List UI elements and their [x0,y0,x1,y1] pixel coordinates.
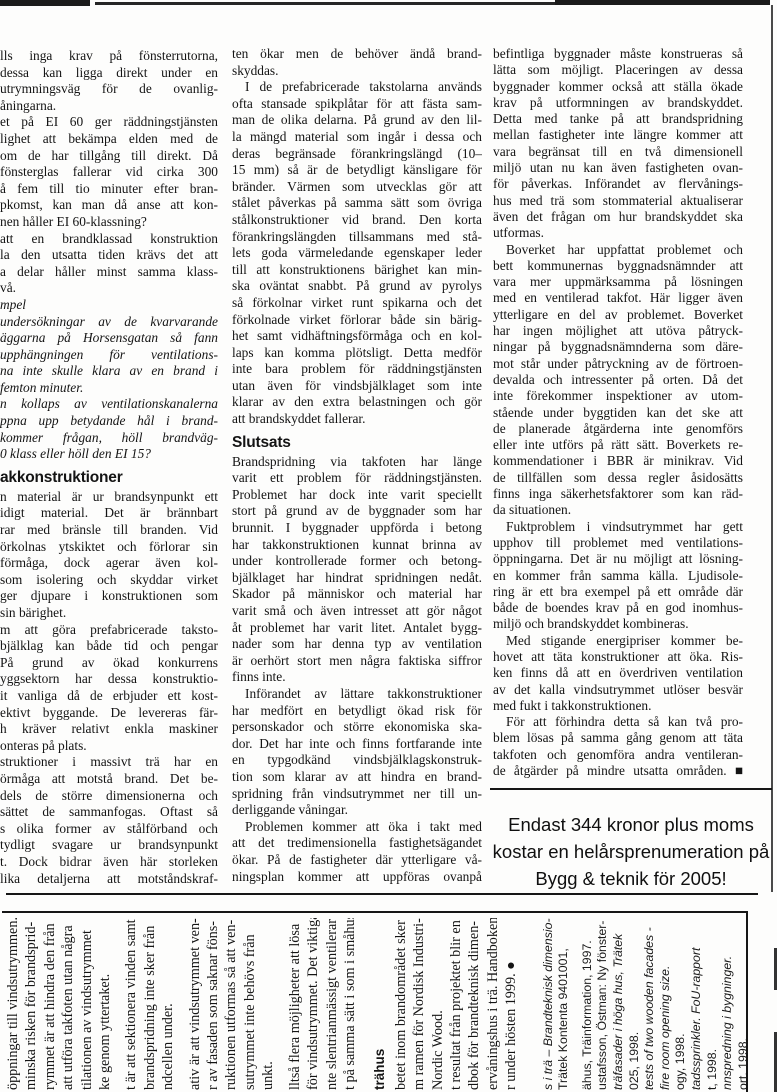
rotated-text-line: t är att sektionera vinden samt [122,918,140,1090]
scan-artifact-right-edge [771,5,773,892]
rotated-footer-section: öppningar till vindsutrymmen.minska risk… [4,918,746,1090]
text-line: mellan fastigheter inte längre kommer at… [493,127,743,143]
text-line: stålet påverkas på samma sätt som övriga [232,195,482,212]
text-line: en kommer från samma källa. Ljudisole- [493,568,743,584]
text-line: ektivt byggande. De levereras fär- [0,705,218,722]
text-line: hus med trä som stommaterial aktualisera… [493,193,743,209]
text-line: personskador och större ekonomiska ska- [232,719,482,736]
text-line: till att konstruktionens bärighet kan mi… [232,262,482,279]
text-line: dels de större dimensionerna och [0,788,218,805]
scanned-page: lls inga krav på fönsterrutorna,dessa ka… [0,0,777,1092]
text-line: förkolnade virket förlorar både sin bäri… [232,312,482,329]
rotated-text-line: för vindsutrymmet. Det viktiga [304,918,322,1090]
text-line: ökar. På de fastigheter där ytterligare … [232,852,482,869]
text-line: med en ventilerad takfot. Här ligger äve… [493,290,743,306]
text-line: ska oväntat snabbt. På grund av pyrolys [232,278,482,295]
text-line: att en brandklassad konstruktion [0,231,218,248]
rotated-reference-line: ort, 1998. [736,918,746,1090]
text-line: struktioner i massivt trä har en [0,754,218,771]
subscription-ad-line: Endast 344 kronor plus moms [490,811,772,838]
text-line: fönsterglas fallerar vid cirka 300 [0,164,218,181]
text-line: tion som klarar av att hindra en brand- [232,769,482,786]
rotated-text-line: brandspridning inte sker från [141,918,159,1090]
rotated-reference-line: träfasader i höga hus, Trätek [611,918,627,1090]
text-line: 15 mm) så är de betydligt känsligare för [232,162,482,179]
text-line: ofta stansade spikplåtar för att fästa s… [232,96,482,113]
text-line: mpel [0,297,218,314]
text-line: derliggande våningar. [232,802,482,819]
text-line: lighet att bekämpa elden med de [0,131,218,148]
text-line: nen håller EI 60-klassning? [0,214,218,231]
text-line: ring är ett bra exempel på ett område dä… [493,584,743,600]
text-line: brunnit. I byggnader uppförda i betong [232,520,482,537]
text-line: femton minuter. [0,380,218,397]
text-line: ningsplan kommer att uppföras ovanpå [232,869,482,886]
rotated-text-line: Nordic Wood. [429,918,447,1090]
rotated-reference-line: Trätek Kontenta 9401001, [556,918,572,1090]
rotated-section-top-rule [2,911,748,913]
text-line: de tillfällen som dessa regler åsidosätt… [493,470,743,486]
text-line: blem lösas på samma gång genom att täta [493,730,743,746]
rotated-text-line: öppningar till vindsutrymmen. [4,918,22,1090]
text-line: mot står under påtryckning av de förtroe… [493,356,743,372]
text-line: lätta som möjligt. Placeringen av dessa [493,62,743,78]
rotated-section-right-rule [746,911,748,1092]
text-line: it vanliga då de erbjuder ett kost- [0,688,218,705]
text-line: varit ett problem för räddningstjänsten. [232,470,482,487]
text-line: s olika former av stålförband och [0,821,218,838]
text-line: att brandskyddet fallerar. [232,411,482,428]
text-line: för påverkas. Införandet av flervånings- [493,176,743,192]
text-line: Fuktproblem i vindsutrymmet har gett [493,519,743,535]
text-line: et på EI 60 ger räddningstjänsten [0,114,218,131]
subscription-ad-box: Endast 344 kronor plus momskostar en hel… [490,788,772,892]
rotated-text-line: t resultat från projektet blir en [447,918,465,1090]
text-line: pkomst, kan man då anse att kon- [0,197,218,214]
rotated-text-line: minska risken för brandsprid- [22,918,40,1090]
rotated-text-line: r av fasaden som saknar föns- [204,918,222,1090]
text-line: spridning från vindsutrymmet ner till un… [232,786,482,803]
text-line: om de har tillgång till direkt. Då [0,148,218,165]
text-line: Boverket har uppfattat problemet och [493,242,743,258]
rotated-reference-line: tests of two wooden facades - [642,918,658,1090]
text-line: varit små och även intresset att gör någ… [232,603,482,620]
text-line: åningarna. [0,98,218,115]
rotated-text-line: lltså flera möjligheter att lösa [286,918,304,1090]
text-line: Skador på människor och material har [232,586,482,603]
text-line: upphov till problemet med ventilations- [493,535,743,551]
text-line: na inte skulle klara av en brand i [0,363,218,380]
text-line: utan även för vindsbjälklaget som inte [232,378,482,395]
rotated-text-line: unkt. [259,918,277,1090]
scan-artifact-top-right [555,0,770,5]
rotated-reference-line: ähus, Träinformation, 1997. [580,918,596,1090]
text-line: de planerade åtgärderna inte genomförs [493,421,743,437]
text-line: har ingen möjlighet att utöva påtryck- [493,323,743,339]
text-line: klarar av den extra belastningen och gör [232,394,482,411]
text-line: örmåga att motstå brand. Det be- [0,771,218,788]
text-line: vara mer uppmärksamma på lösningen [493,274,743,290]
text-line: befintliga byggnader måste konstrueras s… [493,46,743,62]
article-column-middle: ten ökar men de behöver ändå brand-skydd… [232,46,482,885]
text-line: upphängningen för ventilations- [0,347,218,364]
text-line: kommer frågan, höll brandväg- [0,430,218,447]
text-line: nader som har denna typ av ventilation [232,636,482,653]
text-line: finns inga säkerhetsfaktorer som kan räd… [493,486,743,502]
rotated-reference-line: ogy, 1998. [673,918,689,1090]
text-line: ger djupare i konstruktionen som [0,588,218,605]
text-line: å fem till tio minuter efter bran- [0,181,218,198]
text-line: en typgodkänd vindsbjälklagskonstruk- [232,752,482,769]
rotated-text-line: m ramen för Nordisk Industri- [410,918,428,1090]
text-line: både de boendes krav på en god inomhus- [493,600,743,616]
rotated-references: s i trä – Brandteknisk dimensio-Trätek K… [541,918,746,1090]
article-column-right: befintliga byggnader måste konstrueras s… [493,46,743,779]
text-line: Detta med tanke på att brandspridning [493,111,743,127]
text-line: ten ökar men de behöver ändå brand- [232,46,482,63]
text-line: så förkolnar virket runt spikarna och de… [232,295,482,312]
text-line: utrymningsväg för de ovanlig- [0,81,218,98]
text-line: deras begränsade förankringslängd (10– [232,146,482,163]
scan-artifact-top-left [0,0,90,6]
text-line: ppna upp betydande hål i brand- [0,413,218,430]
text-line: sättet de sammanfogas. Oftast så [0,804,218,821]
text-line: de åtgärder på mindre utsatta områden. ■ [493,763,743,779]
text-line: laps kan komma plötsligt. Detta medför [232,345,482,362]
rotated-reference-line: t, 1998. [705,918,721,1090]
rotated-text-line: betet inom brandområdet sker [392,918,410,1090]
text-line: eller inte utförs på rätt sätt. Boverket… [493,437,743,453]
text-line: är oerhört stort men några faktiska siff… [232,653,482,670]
text-line: t. Dock bidrar även här storleken [0,854,218,871]
text-line: ken finns då att en överdriven ventilati… [493,665,743,681]
text-line: miljö utan nu kan även fastigheten ovan- [493,160,743,176]
rotated-text-line: r under hösten 1999. ● [502,918,520,1090]
text-line: kommendationer i BBR är minikrav. Vid [493,453,743,469]
text-line: h kräver relativt enkla maskiner [0,721,218,738]
footer-rule [6,893,758,895]
rotated-text-line: sutrymmet inte behövs från [241,918,259,1090]
text-line: sin bärighet. [0,605,218,622]
rotated-text-line: tilationen av vindsutrymmet [78,918,96,1090]
rotated-reference-line: tadssprinkler. FoU-rapport [689,918,705,1090]
text-line: Slutsats [232,434,482,452]
text-line: tydligt svagare ur brandsynpunkt [0,837,218,854]
text-line: het samt vidhäftningsförmåga och en kol- [232,328,482,345]
text-line: bett kommunernas byggnadsnämnder att [493,258,743,274]
rotated-text-line: ativ är att vindsutrymmet ven- [186,918,204,1090]
rotated-reference-line: s i trä – Brandteknisk dimensio- [541,918,557,1090]
text-line: man de olika delarna. På grund av den li… [232,112,482,129]
text-line: vå. [0,280,218,297]
rotated-text-line: dbok för brandteknisk dimen- [465,918,483,1090]
text-line: Problemet har dock inte varit speciellt [232,487,482,504]
article-column-left: lls inga krav på fönsterrutorna,dessa ka… [0,48,218,887]
text-line: onteras på plats. [0,738,218,755]
text-line: devalda och intressenter på orten. Då de… [493,372,743,388]
text-line: la den utsatta tiden krävs det att [0,247,218,264]
subscription-ad-line: kostar en helårsprenumeration på [490,838,772,865]
text-line: finns inte. [232,669,482,686]
text-line: inte förekommer inspektioner av utom- [493,388,743,404]
text-line: under kontrollerade former och betong- [232,553,482,570]
rotated-reference-line: nnspredning i bygninger. [720,918,736,1090]
text-line: Med stigande energipriser kommer be- [493,633,743,649]
text-line: förankringslängden tillsammans med stå- [232,229,482,246]
text-line: bjälklag kan både tid och pengar [0,638,218,655]
rotated-text-line: trähus [371,918,389,1090]
text-line: som isolering och skyddar virket [0,572,218,589]
text-line: dessa kan ligga direkt under en [0,65,218,82]
text-line: har takkonstruktionen kunnat brinna av [232,537,482,554]
text-line: örkolnas ytskiktet och förlorar sin [0,539,218,556]
text-line: hovet att täta konstruktioner att öka. R… [493,649,743,665]
text-line: ningar på byggnadsnämnderna som däre- [493,339,743,355]
rotated-text-line: t på samma sätt i som i småhus. [341,918,359,1090]
text-line: vara begränsat till en två dimensionell [493,144,743,160]
text-line: åt problemet har varit litet. Antalet by… [232,620,482,637]
text-line: ytterligare en del av problemet. Boverke… [493,307,743,323]
text-line: öppningarna. Det är nu möjligt att lösni… [493,551,743,567]
text-line: lets goda värmeledande egenskaper leder [232,245,482,262]
text-line: även det frågan om hur brandskyddet ska [493,209,743,225]
text-line: a delar håller minst samma klass- [0,264,218,281]
rotated-text-line: ruktionen utformas så att ven- [222,918,240,1090]
text-line: takfoten och genomföra andra ventileran- [493,747,743,763]
text-line: med fukt i takkonstruktionen. [493,698,743,714]
text-line: dor. Det har inte och finns fortfarande … [232,736,482,753]
text-line: yggsektorn har dessa konstruktio- [0,671,218,688]
subscription-ad-line: Bygg & teknik för 2005! [490,865,772,892]
rotated-reference-line: ustafsson, Östman: Ny fönster- [595,918,611,1090]
rotated-text-line: att utföra takfoten utan några [59,918,77,1090]
text-line: lika detaljerna att motståndskraf- [0,871,218,888]
text-line: idigt material. Det är brännbart [0,505,218,522]
rotated-text-line: ke genom yttertaket. [96,918,114,1090]
text-line: av det kalla vindsutrymmet utlöser besvä… [493,682,743,698]
text-line: m att göra prefabricerade taksto- [0,622,218,639]
text-line: rar med bränsle till branden. Vid [0,522,218,539]
text-line: krav på utformningen av brandskyddet. [493,95,743,111]
text-line: För att förhindra detta så kan två pro- [493,714,743,730]
rotated-text-line: nte slentrianmässigt ventilerar [323,918,341,1090]
text-line: da situationen. [493,502,743,518]
text-line: stort på grund av de byggnader som har [232,503,482,520]
text-line: äggarna på Horsensgatan så fann [0,330,218,347]
text-line: n kollaps av ventilationskanalerna [0,396,218,413]
rotated-reference-line: fire room opening size. [658,918,674,1090]
rotated-article-continuation: öppningar till vindsutrymmen.minska risk… [4,918,521,1090]
text-line: bjälklaget har hindrat spridningen nedåt… [232,570,482,587]
text-line: la mängd material som ingår i dessa och [232,129,482,146]
text-line: Införandet av lättare takkonstruktioner [232,686,482,703]
text-line: inte bara problem för räddningstjänsten [232,361,482,378]
text-line: lls inga krav på fönsterrutorna, [0,48,218,65]
text-line: att det tredimensionella fastighetsägand… [232,835,482,852]
text-line: förmåga, dock agerar även kol- [0,555,218,572]
text-line: stående under byggtiden kan det ske att [493,405,743,421]
text-line: undersökningar av de kvarvarande [0,314,218,331]
text-line: byggnader kommer också att ställa ökade [493,79,743,95]
text-line: utformas. [493,225,743,241]
rotated-reference-line: 025, 1998. [627,918,643,1090]
text-line: Brandspridning via takfoten har länge [232,454,482,471]
text-line: På grund av ökad konkurrens [0,655,218,672]
text-line: Problemen kommer att öka i takt med [232,819,482,836]
text-line: har medfört en betydligt ökad risk för [232,703,482,720]
text-line: miljö och brandskyddet kombineras. [493,616,743,632]
text-line: stålkonstruktioner vid brand. Den korta [232,212,482,229]
rotated-text-line: rymmet är att hindra den från [41,918,59,1090]
rotated-text-line: ervåningshus i trä. Handboken [484,918,502,1090]
text-line: I de prefabricerade takstolarna används [232,79,482,96]
text-line: akkonstruktioner [0,469,218,487]
text-line: skyddas. [232,63,482,80]
rotated-text-line: ndcellen under. [159,918,177,1090]
text-line: bränder. Värmen som utvecklas gör att [232,179,482,196]
text-line: 0 klass eller höll den EI 15? [0,446,218,463]
text-line: n material är ur brandsynpunkt ett [0,489,218,506]
